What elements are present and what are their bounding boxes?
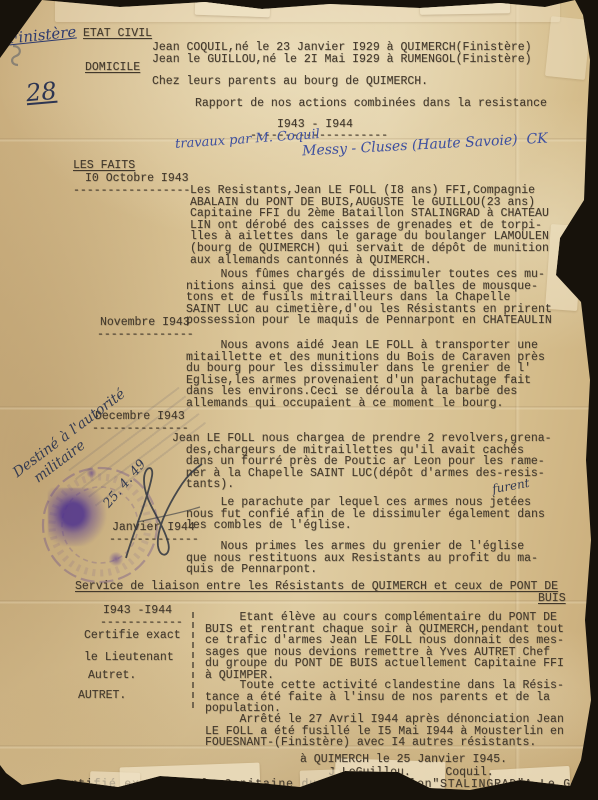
domicile-text: Chez leurs parents au bourg de QUIMERCH.	[152, 76, 428, 88]
novembre-dashes: --------------	[97, 329, 194, 341]
liaison-years-dashes: ------------	[100, 617, 183, 629]
paragraph-novembre: Nous avons aidé Jean LE FOLL à transport…	[186, 340, 545, 410]
document-photo: Finistère 28 ETAT CIVIL Jean COQUIL,né l…	[0, 0, 598, 800]
domicile-heading: DOMICILE	[85, 62, 140, 74]
report-title: Rapport de nos actions combinées dans la…	[195, 98, 547, 110]
fold-crease	[0, 600, 598, 604]
rank-label: le Lieutenant	[84, 652, 174, 664]
liaison-title-continued: BUIS	[538, 593, 566, 605]
etat-civil-heading: ETAT CIVIL	[83, 28, 152, 40]
paragraph-activite: Toute cette activité clandestine dans la…	[205, 680, 564, 715]
signatures-line: J.LeGuillou. Coquil.	[328, 767, 494, 779]
tape-fragment	[195, 0, 271, 17]
paragraph-arrete: Arrêté le 27 Avril I944 après dénonciati…	[205, 714, 564, 749]
tape-fragment	[90, 771, 141, 789]
ink-blotch	[48, 488, 110, 546]
paragraph-parachute: Le parachute par lequel ces armes nous j…	[186, 497, 545, 532]
handwritten-number: 28	[25, 77, 58, 108]
handwritten-attribution: travaux par M. Coquil	[175, 127, 321, 152]
name-autret-script: Autret.	[88, 670, 136, 682]
identity-lines: Jean COQUIL,né le 23 Janvier I929 à QUIM…	[152, 42, 532, 65]
tape-fragment	[420, 0, 510, 15]
staple-hole	[9, 44, 25, 68]
ink-dot	[86, 468, 97, 478]
novembre-date-label: Novembre I943	[100, 317, 190, 329]
signature-scrawl	[118, 450, 213, 568]
paragraph-octobre-1: Les Resistants,Jean LE FOLL (I8 ans) FFI…	[190, 185, 549, 266]
handwritten-department: Finistère	[7, 22, 77, 47]
liaison-years: I943 -I944	[103, 605, 172, 617]
liaison-title: Service de liaison entre les Résistants …	[75, 581, 558, 593]
tape-fragment	[300, 769, 341, 788]
name-autret-typed: AUTRET.	[78, 690, 126, 702]
place-date: à QUIMERCH le 25 Janvier I945.	[300, 754, 507, 766]
les-faits-heading: LES FAITS	[73, 160, 135, 172]
paragraph-octobre-2: Nous fûmes chargés de dissimuler toutes …	[186, 269, 552, 327]
octobre-date-label: I0 Octobre I943	[85, 173, 189, 185]
column-divider	[192, 612, 194, 708]
paragraph-janvier: Nous primes les armes du grenier de l'ég…	[186, 541, 538, 576]
paper-sheet: Finistère 28 ETAT CIVIL Jean COQUIL,né l…	[0, 0, 598, 800]
paragraph-eleve: Etant élève au cours complémentaire du P…	[205, 612, 564, 682]
tape-fragment	[545, 16, 591, 80]
certify-label: Certifie exact	[84, 630, 181, 642]
octobre-dashes: -----------------	[73, 185, 190, 197]
